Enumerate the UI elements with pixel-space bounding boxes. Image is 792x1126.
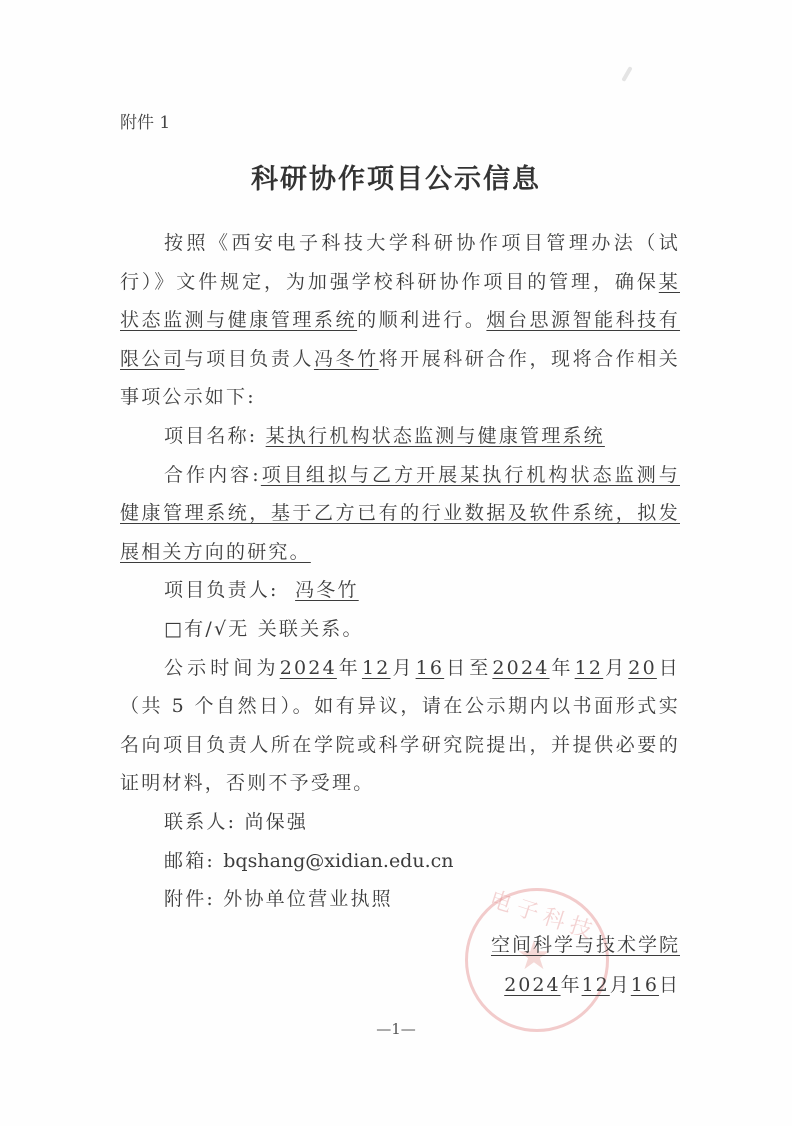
contact-line: 联系人: 尚保强	[120, 803, 680, 842]
project-leader-line: 项目负责人: 冯冬竹	[120, 571, 680, 610]
page-number: —1—	[0, 1020, 792, 1038]
intro-text: 的顺利进行。	[357, 309, 486, 331]
start-day: 16	[416, 657, 445, 679]
project-leader-value: 冯冬竹	[295, 579, 359, 601]
end-month: 12	[575, 657, 604, 679]
scan-mark	[621, 66, 632, 82]
leader-name: 冯冬竹	[314, 348, 379, 370]
signature-date: 2024年12月16日	[400, 965, 680, 1005]
publicity-paragraph: 公示时间为2024年12月16日至2024年12月20日（共 5 个自然日）。如…	[120, 649, 680, 803]
relation-line: □有/√无 关联关系。	[120, 610, 680, 649]
email-line: 邮箱: bqshang@xidian.edu.cn	[120, 842, 680, 881]
email-value: bqshang@xidian.edu.cn	[223, 850, 453, 872]
document-title: 科研协作项目公示信息	[0, 157, 792, 196]
signature-org: 空间科学与技术学院	[400, 925, 680, 965]
contact-value: 尚保强	[244, 811, 308, 833]
day-to-label: 日至	[444, 657, 492, 679]
annex-label: 附件 1	[120, 108, 170, 133]
start-month: 12	[362, 657, 391, 679]
email-label: 邮箱:	[164, 850, 215, 872]
intro-text: 按照《西安电子科技大学科研协作项目管理办法（试行）》文件规定，为加强学校科研协作…	[120, 232, 680, 293]
month-label: 月	[603, 657, 628, 679]
attachment-value: 外协单位营业执照	[223, 888, 393, 910]
year-label: 年	[337, 657, 362, 679]
contact-label: 联系人:	[164, 811, 236, 833]
project-name-label: 项目名称:	[164, 425, 257, 447]
month-label: 月	[610, 974, 631, 996]
document-page: 附件 1 科研协作项目公示信息 按照《西安电子科技大学科研协作项目管理办法（试行…	[0, 0, 792, 1126]
publicity-rest: （共 5 个自然日）。如有异议，请在公示期内以书面形式实名向项目负责人所在学院或…	[120, 695, 680, 794]
year-label: 年	[550, 657, 575, 679]
sig-day: 16	[631, 974, 659, 996]
cooperation-line: 合作内容:项目组拟与乙方开展某执行机构状态监测与健康管理系统，基于乙方已有的行业…	[120, 456, 680, 572]
publicity-prefix: 公示时间为	[164, 657, 280, 679]
document-body: 按照《西安电子科技大学科研协作项目管理办法（试行）》文件规定，为加强学校科研协作…	[120, 224, 680, 919]
month-label: 月	[391, 657, 416, 679]
start-year: 2024	[280, 657, 337, 679]
intro-paragraph: 按照《西安电子科技大学科研协作项目管理办法（试行）》文件规定，为加强学校科研协作…	[120, 224, 680, 417]
year-label: 年	[561, 974, 582, 996]
signature-block: 空间科学与技术学院 2024年12月16日	[400, 925, 680, 1005]
day-label: 日	[659, 974, 680, 996]
attachment-line: 附件: 外协单位营业执照	[120, 880, 680, 919]
intro-text: 与项目负责人	[185, 348, 314, 370]
sig-year: 2024	[504, 974, 560, 996]
cooperation-label: 合作内容:	[164, 464, 261, 486]
project-name-line: 项目名称: 某执行机构状态监测与健康管理系统	[120, 417, 680, 456]
attachment-label: 附件:	[164, 888, 215, 910]
project-leader-label: 项目负责人:	[164, 579, 279, 601]
end-year: 2024	[492, 657, 549, 679]
end-day: 20	[628, 657, 657, 679]
sig-month: 12	[582, 974, 610, 996]
day-label: 日	[657, 657, 680, 679]
project-name-value: 某执行机构状态监测与健康管理系统	[266, 425, 605, 447]
